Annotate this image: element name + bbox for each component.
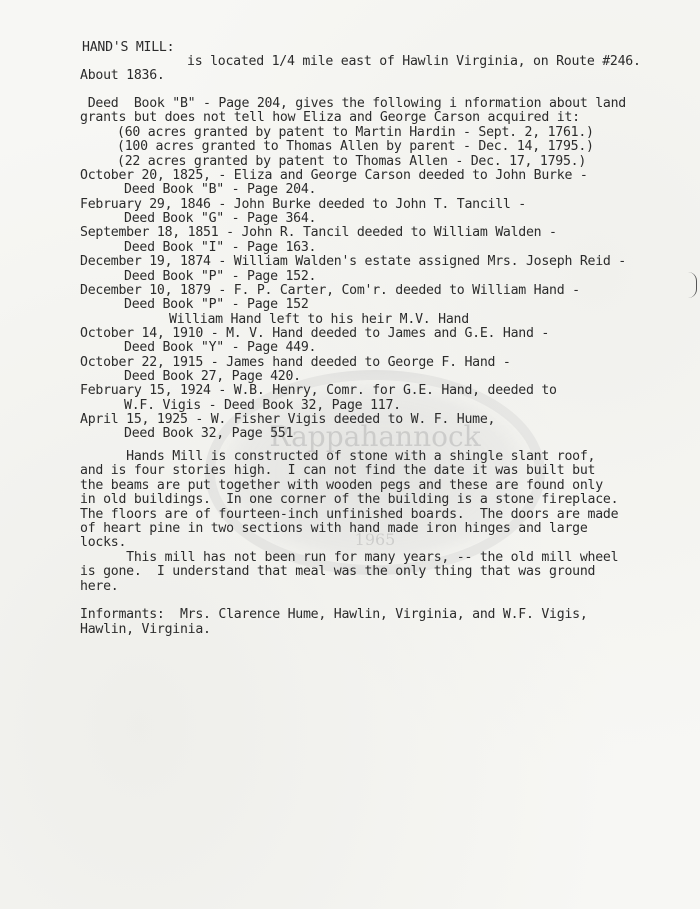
description-line: Hands Mill is constructed of stone with … xyxy=(80,450,595,464)
description-line: the beams are put together with wooden p… xyxy=(80,479,603,493)
description-line: in old buildings. In one corner of the b… xyxy=(80,493,618,507)
mill-line: This mill has not been run for many year… xyxy=(80,551,618,565)
description-line: The floors are of fourteen-inch unfinish… xyxy=(80,508,618,522)
informants-line: Hawlin, Virginia. xyxy=(80,623,211,637)
grant-line: (22 acres granted by patent to Thomas Al… xyxy=(117,155,586,169)
grant-line: (60 acres granted by patent to Martin Ha… xyxy=(117,126,594,140)
handwritten-mark xyxy=(688,272,697,298)
title-ref: Deed Book "B" - Page 204. xyxy=(124,183,316,197)
title-entry: February 15, 1924 - W.B. Henry, Comr. fo… xyxy=(80,384,557,398)
deed-intro-line: Deed Book "B" - Page 204, gives the foll… xyxy=(80,97,626,111)
title-entry: February 29, 1846 - John Burke deeded to… xyxy=(80,198,526,212)
title-entry: December 10, 1879 - F. P. Carter, Com'r.… xyxy=(80,284,580,298)
title-ref: Deed Book "P" - Page 152 xyxy=(124,298,309,312)
scanned-page: Rappahannock 1965 HAND'S MILL: is locate… xyxy=(0,0,700,909)
title-ref: Deed Book "I" - Page 163. xyxy=(124,241,316,255)
mill-line: here. xyxy=(80,580,118,594)
title-entry: October 22, 1915 - James hand deeded to … xyxy=(80,356,511,370)
location-line: is located 1/4 mile east of Hawlin Virgi… xyxy=(187,55,641,69)
title-ref: Deed Book 32, Page 551 xyxy=(124,427,293,441)
description-line: and is four stories high. I can not find… xyxy=(80,464,595,478)
title-entry: September 18, 1851 - John R. Tancil deed… xyxy=(80,226,557,240)
title-entry: October 14, 1910 - M. V. Hand deeded to … xyxy=(80,327,549,341)
document-title: HAND'S MILL: xyxy=(82,41,174,55)
grant-line: (100 acres granted to Thomas Allen by pa… xyxy=(117,140,594,154)
title-note: William Hand left to his heir M.V. Hand xyxy=(169,313,469,327)
deed-intro-line: grants but does not tell how Eliza and G… xyxy=(80,111,580,125)
title-entry: October 20, 1825, - Eliza and George Car… xyxy=(80,169,588,183)
informants-line: Informants: Mrs. Clarence Hume, Hawlin, … xyxy=(80,608,588,622)
mill-line: is gone. I understand that meal was the … xyxy=(80,565,595,579)
title-ref: Deed Book "G" - Page 364. xyxy=(124,212,316,226)
date-line: About 1836. xyxy=(80,69,165,83)
title-entry: April 15, 1925 - W. Fisher Vigis deeded … xyxy=(80,413,495,427)
title-ref: W.F. Vigis - Deed Book 32, Page 117. xyxy=(124,399,401,413)
title-ref: Deed Book 27, Page 420. xyxy=(124,370,301,384)
description-line: locks. xyxy=(80,536,126,550)
title-ref: Deed Book "P" - Page 152. xyxy=(124,270,316,284)
title-entry: December 19, 1874 - William Walden's est… xyxy=(80,255,626,269)
description-line: of heart pine in two sections with hand … xyxy=(80,522,588,536)
title-ref: Deed Book "Y" - Page 449. xyxy=(124,341,316,355)
